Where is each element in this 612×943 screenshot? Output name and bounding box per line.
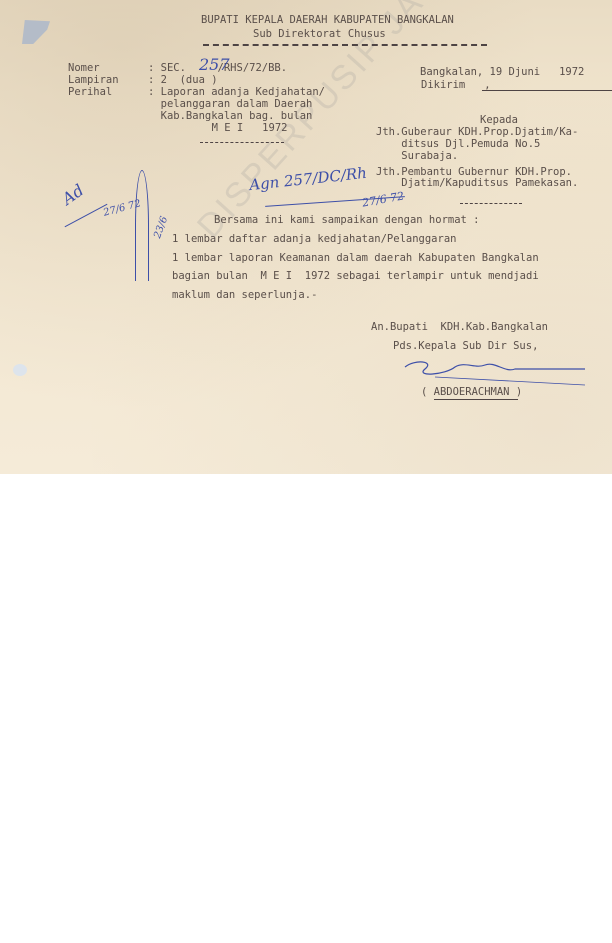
letterhead-title: BUPATI KEPALA DAERAH KABUPATEN BANGKALAN bbox=[201, 15, 454, 26]
margin-mark: 23/6 bbox=[152, 215, 170, 240]
signatory-name: ( ABDOERACHMAN ) bbox=[421, 387, 522, 398]
body-line: maklum dan seperlunja.- bbox=[172, 290, 317, 301]
signature-title: An.Bupati KDH.Kab.Bangkalan bbox=[371, 322, 548, 333]
nomer-handwritten: 257 bbox=[199, 55, 230, 74]
paper-tear bbox=[22, 20, 50, 44]
recipient-line: Jth.Guberaur KDH.Prop.Djatim/Ka- bbox=[376, 127, 578, 138]
recipient-line: Djatim/Kapuditsus Pamekasan. bbox=[376, 178, 578, 189]
perihal-line: : Laporan adanja Kedjahatan/ bbox=[148, 87, 325, 98]
recipient-rule bbox=[460, 203, 522, 204]
recipient-line: Jth.Pembantu Gubernur KDH.Prop. bbox=[376, 167, 572, 178]
body-line: Bersama ini kami sampaikan dengan hormat… bbox=[214, 215, 480, 226]
perihal-label: Perihal bbox=[68, 87, 112, 98]
place-date: Bangkalan, 19 Djuni 1972 bbox=[420, 67, 584, 78]
signature-position: Pds.Kepala Sub Dir Sus, bbox=[393, 341, 538, 352]
letterhead-rule bbox=[203, 44, 487, 46]
perihal-line: M E I 1972 bbox=[180, 123, 287, 134]
nomer-label: Nomer bbox=[68, 63, 100, 74]
lampiran-label: Lampiran bbox=[68, 75, 119, 86]
signatory-underline bbox=[434, 399, 518, 400]
recipient-line: ditsus Djl.Pemuda No.5 bbox=[376, 139, 540, 150]
dikirim: Dikirim , bbox=[421, 80, 491, 91]
perihal-line: Kab.Bangkalan bag. bulan bbox=[148, 111, 312, 122]
body-line: 1 lembar daftar adanja kedjahatan/Pelang… bbox=[172, 234, 456, 245]
letterhead-subtitle: Sub Direktorat Chusus bbox=[253, 29, 386, 40]
punch-hole bbox=[13, 364, 27, 376]
body-line: 1 lembar laporan Keamanan dalam daerah K… bbox=[172, 253, 539, 264]
left-note: Ad bbox=[59, 180, 88, 208]
margin-bracket bbox=[135, 170, 149, 281]
lampiran-value: : 2 (dua ) bbox=[148, 75, 218, 86]
body-line: bagian bulan M E I 1972 sebagai terlampi… bbox=[172, 271, 539, 282]
perihal-rule bbox=[200, 142, 284, 143]
dikirim-line bbox=[482, 90, 612, 91]
kepada-label: Kepada bbox=[480, 115, 518, 126]
document-page: DISPERPUSIP JATIM BUPATI KEPALA DAERAH K… bbox=[0, 0, 612, 474]
recipient-line: Surabaja. bbox=[376, 151, 458, 162]
agenda-date: 27/6 72 bbox=[361, 189, 405, 209]
perihal-line: pelanggaran dalam Daerah bbox=[148, 99, 312, 110]
